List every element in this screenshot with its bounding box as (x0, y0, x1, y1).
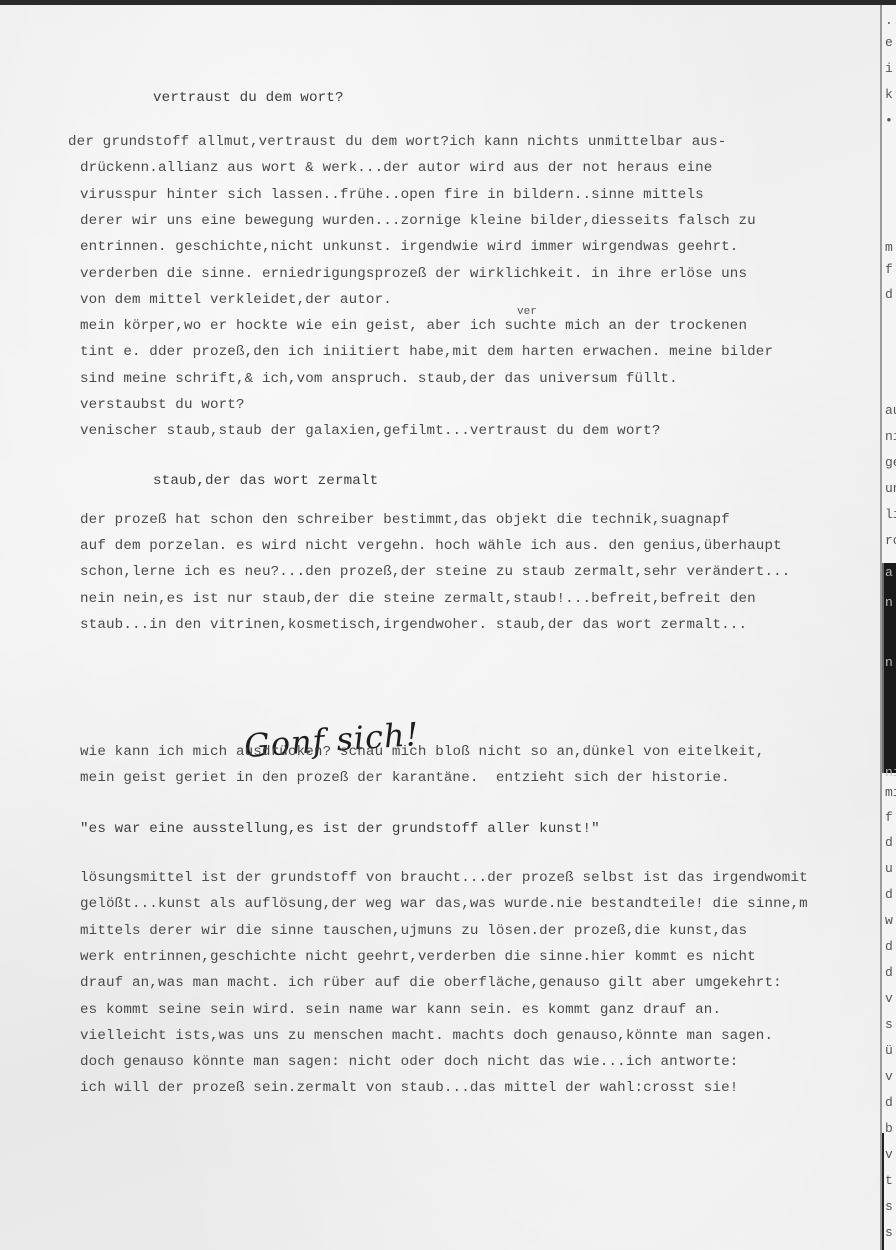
text-line: mittels derer wir die sinne tauschen,ujm… (80, 922, 747, 940)
text-line: verderben die sinne. erniedrigungsprozeß… (80, 265, 747, 283)
text-line: mein geist geriet in den prozeß der kara… (80, 769, 730, 787)
edge-character: b (885, 1121, 893, 1136)
edge-character: f (885, 262, 893, 277)
edge-character: v (885, 1147, 893, 1162)
text-line: der grundstoff allmut,vertraust du dem w… (68, 133, 726, 151)
document-title: vertraust du dem wort? (153, 89, 344, 107)
edge-character: ü (885, 1043, 893, 1058)
text-line: gelößt...kunst als auflösung,der weg war… (80, 895, 808, 913)
section-subtitle: staub,der das wort zermalt (153, 472, 378, 490)
text-line: doch genauso könnte man sagen: nicht ode… (80, 1053, 738, 1071)
superscript-insert: ver (517, 306, 537, 318)
text-line: venischer staub,staub der galaxien,gefil… (80, 422, 660, 440)
text-line: werk entrinnen,geschichte nicht geehrt,v… (80, 948, 756, 966)
text-line: von dem mittel verkleidet,der autor. (80, 291, 392, 309)
edge-character: n (885, 655, 893, 670)
text-line: entrinnen. geschichte,nicht unkunst. irg… (80, 238, 738, 256)
edge-character: ni (885, 429, 896, 444)
text-line: lösungsmittel ist der grundstoff von bra… (80, 869, 808, 887)
text-line: nein nein,es ist nur staub,der die stein… (80, 590, 756, 608)
text-line: es kommt seine sein wird. sein name war … (80, 1001, 721, 1019)
text-line: ich will der prozeß sein.zermalt von sta… (80, 1079, 738, 1097)
text-line: tint e. dder prozeß,den ich iniitiert ha… (80, 343, 773, 361)
edge-character: mi (885, 785, 896, 800)
edge-character: d (885, 887, 893, 902)
edge-character: d (885, 835, 893, 850)
text-line: auf dem porzelan. es wird nicht vergehn.… (80, 537, 782, 555)
edge-character: w (885, 913, 893, 928)
text-line: wie kann ich mich ausdrücken? schau mich… (80, 743, 764, 761)
edge-character: s (885, 1017, 893, 1032)
text-line: virusspur hinter sich lassen..frühe..ope… (80, 186, 704, 204)
edge-character: s (885, 1199, 893, 1214)
edge-character: t (885, 1173, 893, 1188)
edge-character: k (885, 87, 893, 102)
edge-character: d (885, 1095, 893, 1110)
text-line: sind meine schrift,& ich,vom anspruch. s… (80, 370, 678, 388)
edge-character: ge (885, 455, 896, 470)
edge-character: ni (885, 765, 896, 780)
edge-character: e (885, 35, 893, 50)
edge-character: .. (885, 13, 896, 28)
text-line: mein körper,wo er hockte wie ein geist, … (80, 317, 747, 335)
edge-character: v (885, 991, 893, 1006)
edge-character: • (885, 113, 893, 128)
edge-character: f (885, 810, 893, 825)
edge-character: ro (885, 533, 896, 548)
edge-character: i (885, 61, 893, 76)
edge-character: v (885, 1069, 893, 1084)
text-line: derer wir uns eine bewegung wurden...zor… (80, 212, 756, 230)
edge-character: d (885, 965, 893, 980)
edge-character: a (885, 565, 893, 580)
next-page-edge: ..eik•mfdaunigeunliroannnimifdudwddvsüvd… (882, 5, 896, 1250)
edge-character: d (885, 939, 893, 954)
edge-character: un (885, 481, 896, 496)
edge-character: au (885, 403, 896, 418)
quote-line: "es war eine ausstellung,es ist der grun… (80, 820, 600, 838)
edge-character: s (885, 1225, 893, 1240)
text-line: staub...in den vitrinen,kosmetisch,irgen… (80, 616, 747, 634)
text-line: vielleicht ists,was uns zu menschen mach… (80, 1027, 773, 1045)
next-page-lower-edge (882, 1133, 884, 1250)
edge-character: n (885, 595, 893, 610)
typewritten-page: vertraust du dem wort? der grundstoff al… (0, 5, 882, 1250)
edge-character: m (885, 240, 893, 255)
text-line: der prozeß hat schon den schreiber besti… (80, 511, 730, 529)
edge-character: li (885, 507, 896, 522)
edge-character: d (885, 287, 893, 302)
text-line: drauf an,was man macht. ich rüber auf di… (80, 974, 782, 992)
text-line: drückenn.allianz aus wort & werk...der a… (80, 159, 712, 177)
text-line: schon,lerne ich es neu?...den prozeß,der… (80, 563, 790, 581)
edge-character: u (885, 861, 893, 876)
text-line: verstaubst du wort? (80, 396, 245, 414)
